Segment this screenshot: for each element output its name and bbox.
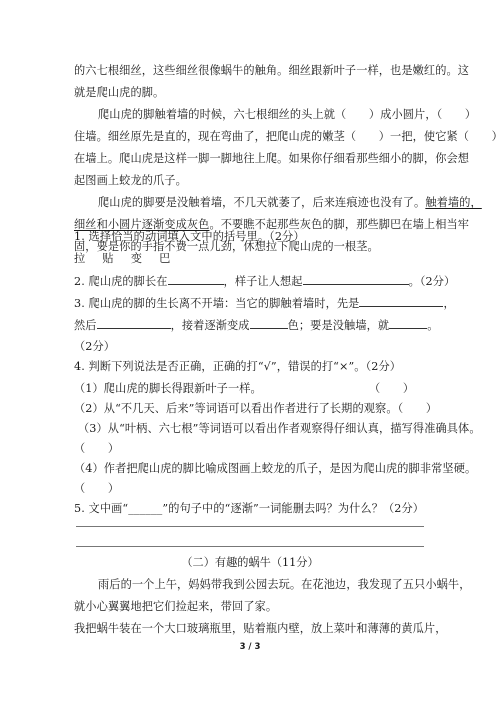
passage-line: 雨后的一个上午，妈妈带我到公园去玩。在花池边，我发现了五只小蜗牛， xyxy=(98,578,471,592)
question-4: 4. 判断下列说法是否正确，正确的打“√”，错误的打“×”。（2分） xyxy=(74,360,401,374)
answer-line[interactable] xyxy=(76,526,424,527)
answer-blank[interactable] xyxy=(168,274,224,285)
page-number: 3 / 3 xyxy=(0,642,500,652)
answer-paren[interactable]: （ ） xyxy=(369,382,414,396)
answer-blank[interactable] xyxy=(359,296,443,307)
q3-text: ， xyxy=(443,297,454,310)
question-3-cont: 然后，接着逐渐变成色；要是没触墙，就。 xyxy=(74,318,438,333)
question-5: 5. 文中画“______”的句子中的“逐渐”一词能删去吗？为什么？（2分） xyxy=(74,502,424,516)
section-title: （二）有趣的蜗牛（11分） xyxy=(0,556,500,570)
q3-text: 3. 爬山虎的脚的生长离不开墙：当它的脚触着墙时，先是 xyxy=(74,297,359,310)
passage-line: 起图画上蛟龙的爪子。 xyxy=(74,174,187,188)
question-2: 2. 爬山虎的脚长在，样子让人想起。（2分） xyxy=(74,274,455,289)
question-3-score: （2分） xyxy=(74,340,115,354)
question-4-item-1: （1）爬山虎的脚长得跟新叶子一样。 （ ） xyxy=(74,382,262,396)
answer-paren[interactable]: （ ） xyxy=(74,442,119,456)
q2-score: 。（2分） xyxy=(409,275,456,288)
question-4-item-3: （3）从“叶柄、六七根”等词语可以看出作者观察得仔细认真，描写得准确具体。 xyxy=(78,422,481,436)
q2-text: ，样子让人想起 xyxy=(224,275,303,288)
passage-line: 就小心翼翼地把它们捡起来，带回了家。 xyxy=(74,600,277,614)
q3-text: ，接着逐渐变成 xyxy=(171,319,250,332)
answer-line[interactable] xyxy=(76,546,424,547)
question-3: 3. 爬山虎的脚的生长离不开墙：当它的脚触着墙时，先是， xyxy=(74,296,455,311)
answer-blank[interactable] xyxy=(303,274,409,285)
passage-line: 我把蜗牛装在一个大口玻璃瓶里，贴着瓶内壁，放上菜叶和薄薄的黄瓜片， xyxy=(74,622,447,636)
question-4-item-4: （4）作者把爬山虎的脚比喻成图画上蛟龙的爪子，是因为爬山虎的脚非常坚硬。 xyxy=(74,462,476,476)
underlined-sentence: 触着墙的， xyxy=(425,196,481,209)
document-page: 的六七根细丝，这些细丝很像蜗牛的触角。细丝跟新叶子一样，也是嫩红的。这 就是爬山… xyxy=(0,0,500,707)
answer-blank[interactable] xyxy=(389,318,427,329)
question-4-item-2: （2）从“不几天、后来”等词语可以看出作者进行了长期的观察。（ ） xyxy=(74,402,437,416)
q3-text: 色；要是没触墙，就 xyxy=(288,319,390,332)
passage-line: 爬山虎的脚触着墙的时候，六七根细丝的头上就（ ）成小圆片，（ ） xyxy=(98,108,476,122)
passage-line: 就是爬山虎的脚。 xyxy=(74,86,164,100)
answer-blank[interactable] xyxy=(250,318,288,329)
passage-line: 在墙上。爬山虎是这样一脚一脚地往上爬。如果你仔细看那些细小的脚，你会想 xyxy=(74,152,469,166)
question-1: 1. 选择恰当的动词填入文中的括号里。（2分） xyxy=(74,230,305,244)
q3-text: 。 xyxy=(427,319,438,332)
answer-blank[interactable] xyxy=(97,318,171,329)
question-1-options: 拉 贴 变 巴 xyxy=(74,252,173,266)
passage-line: 的六七根细丝，这些细丝很像蜗牛的触角。细丝跟新叶子一样，也是嫩红的。这 xyxy=(74,64,469,78)
passage-line: 住墙。细丝原先是直的，现在弯曲了，把爬山虎的嫩茎（ ）一把，使它紧（ ） xyxy=(74,130,500,144)
item-text: （1）爬山虎的脚长得跟新叶子一样。 xyxy=(74,382,262,395)
passage-text: 爬山虎的脚要是没触着墙，不几天就萎了，后来连痕迹也没有了。 xyxy=(98,196,425,209)
q2-text: 2. 爬山虎的脚长在 xyxy=(74,275,168,288)
answer-paren[interactable]: （ ） xyxy=(74,482,119,496)
passage-line: 爬山虎的脚要是没触着墙，不几天就萎了，后来连痕迹也没有了。触着墙的， xyxy=(98,196,482,210)
q3-text: 然后 xyxy=(74,319,97,332)
